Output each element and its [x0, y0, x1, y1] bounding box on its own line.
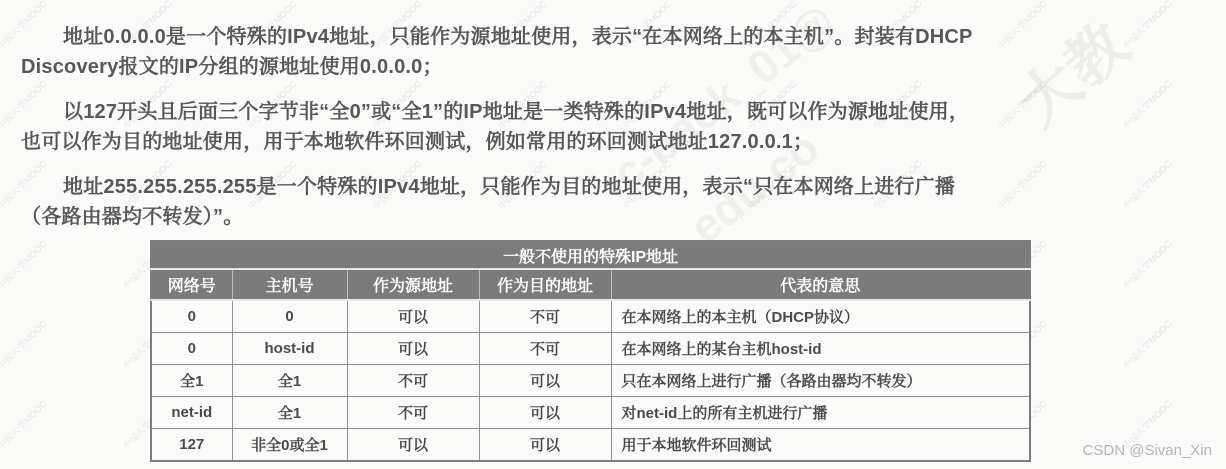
table-cell: 可以: [347, 333, 479, 365]
text-line: 地址0.0.0.0是一个特殊的IPv4地址，只能作为源地址使用，表示“在本网络上…: [21, 22, 1202, 52]
csdn-watermark: CSDN @Sivan_Xin: [1083, 442, 1212, 459]
table-cell: 0: [151, 333, 232, 365]
table-cell: 对net-id上的所有主机进行广播: [611, 397, 1030, 429]
special-ip-table: 一般不使用的特殊IP地址 网络号主机号作为源地址作为目的地址代表的意思 00可以…: [150, 240, 1031, 462]
table-cell: 可以: [479, 397, 611, 429]
table-cell: 用于本地软件环回测试: [611, 429, 1030, 462]
table-row: 0host-id可以不可在本网络上的某台主机host-id: [151, 333, 1030, 365]
table-cell: host-id: [232, 333, 347, 365]
table-cell: 全1: [232, 365, 347, 397]
mooc-watermark: 中国大学MOOC: [0, 397, 49, 451]
text-line: 也可以作为目的地址使用，用于本地软件环回测试，例如常用的环回测试地址127.0.…: [21, 127, 1202, 157]
table-title: 一般不使用的特殊IP地址: [151, 241, 1030, 269]
table-cell: 不可: [479, 300, 611, 333]
table-cell: 全1: [232, 397, 347, 429]
mooc-watermark: 中国大学MOOC: [0, 237, 49, 291]
table-cell: 0: [151, 300, 232, 333]
table-cell: 可以: [347, 300, 479, 333]
text-line: （各路由器均不转发）”。: [21, 202, 1202, 232]
text-line: Discovery报文的IP分组的源地址使用0.0.0.0；: [21, 52, 1202, 82]
table-cell: net-id: [151, 397, 232, 429]
table-row: 127非全0或全1可以可以用于本地软件环回测试: [151, 429, 1030, 462]
table-cell: 可以: [347, 429, 479, 462]
column-header: 代表的意思: [611, 269, 1030, 300]
table-cell: 不可: [479, 333, 611, 365]
table-cell: 不可: [347, 397, 479, 429]
table-body: 00可以不可在本网络上的本主机（DHCP协议）0host-id可以不可在本网络上…: [151, 300, 1030, 461]
table-row: net-id全1不可可以对net-id上的所有主机进行广播: [151, 397, 1030, 429]
table-row: 全1全1不可可以只在本网络上进行广播（各路由器均不转发）: [151, 365, 1030, 397]
mooc-watermark: 中国大学MOOC: [0, 317, 49, 371]
column-header: 作为目的地址: [479, 269, 611, 300]
text-line: 地址255.255.255.255是一个特殊的IPv4地址，只能作为目的地址使用…: [21, 172, 1202, 202]
text-line: 以127开头且后面三个字节非“全0”或“全1”的IP地址是一类特殊的IPv4地址…: [21, 97, 1202, 127]
mooc-watermark: 中国大学MOOC: [1120, 237, 1174, 291]
table-cell: 只在本网络上进行广播（各路由器均不转发）: [611, 365, 1030, 397]
table-cell: 在本网络上的某台主机host-id: [611, 333, 1030, 365]
table-header-row: 网络号主机号作为源地址作为目的地址代表的意思: [151, 269, 1030, 300]
body-text: 地址0.0.0.0是一个特殊的IPv4地址，只能作为源地址使用，表示“在本网络上…: [21, 10, 1202, 232]
table-row: 00可以不可在本网络上的本主机（DHCP协议）: [151, 300, 1030, 333]
table-cell: 在本网络上的本主机（DHCP协议）: [611, 300, 1030, 333]
table-cell: 全1: [151, 365, 232, 397]
table-cell: 可以: [479, 365, 611, 397]
column-header: 作为源地址: [347, 269, 479, 300]
table-cell: 127: [151, 429, 232, 462]
table-cell: 0: [232, 300, 347, 333]
column-header: 主机号: [232, 269, 347, 300]
table-cell: 不可: [347, 365, 479, 397]
table-cell: 可以: [479, 429, 611, 462]
table-cell: 非全0或全1: [232, 429, 347, 462]
mooc-watermark: 中国大学MOOC: [1120, 317, 1174, 371]
column-header: 网络号: [151, 269, 232, 300]
slide: 中国大学MOOC中国大学MOOC中国大学MOOC中国大学MOOC中国大学MOOC…: [0, 0, 1226, 469]
table-title-row: 一般不使用的特殊IP地址: [151, 241, 1030, 269]
